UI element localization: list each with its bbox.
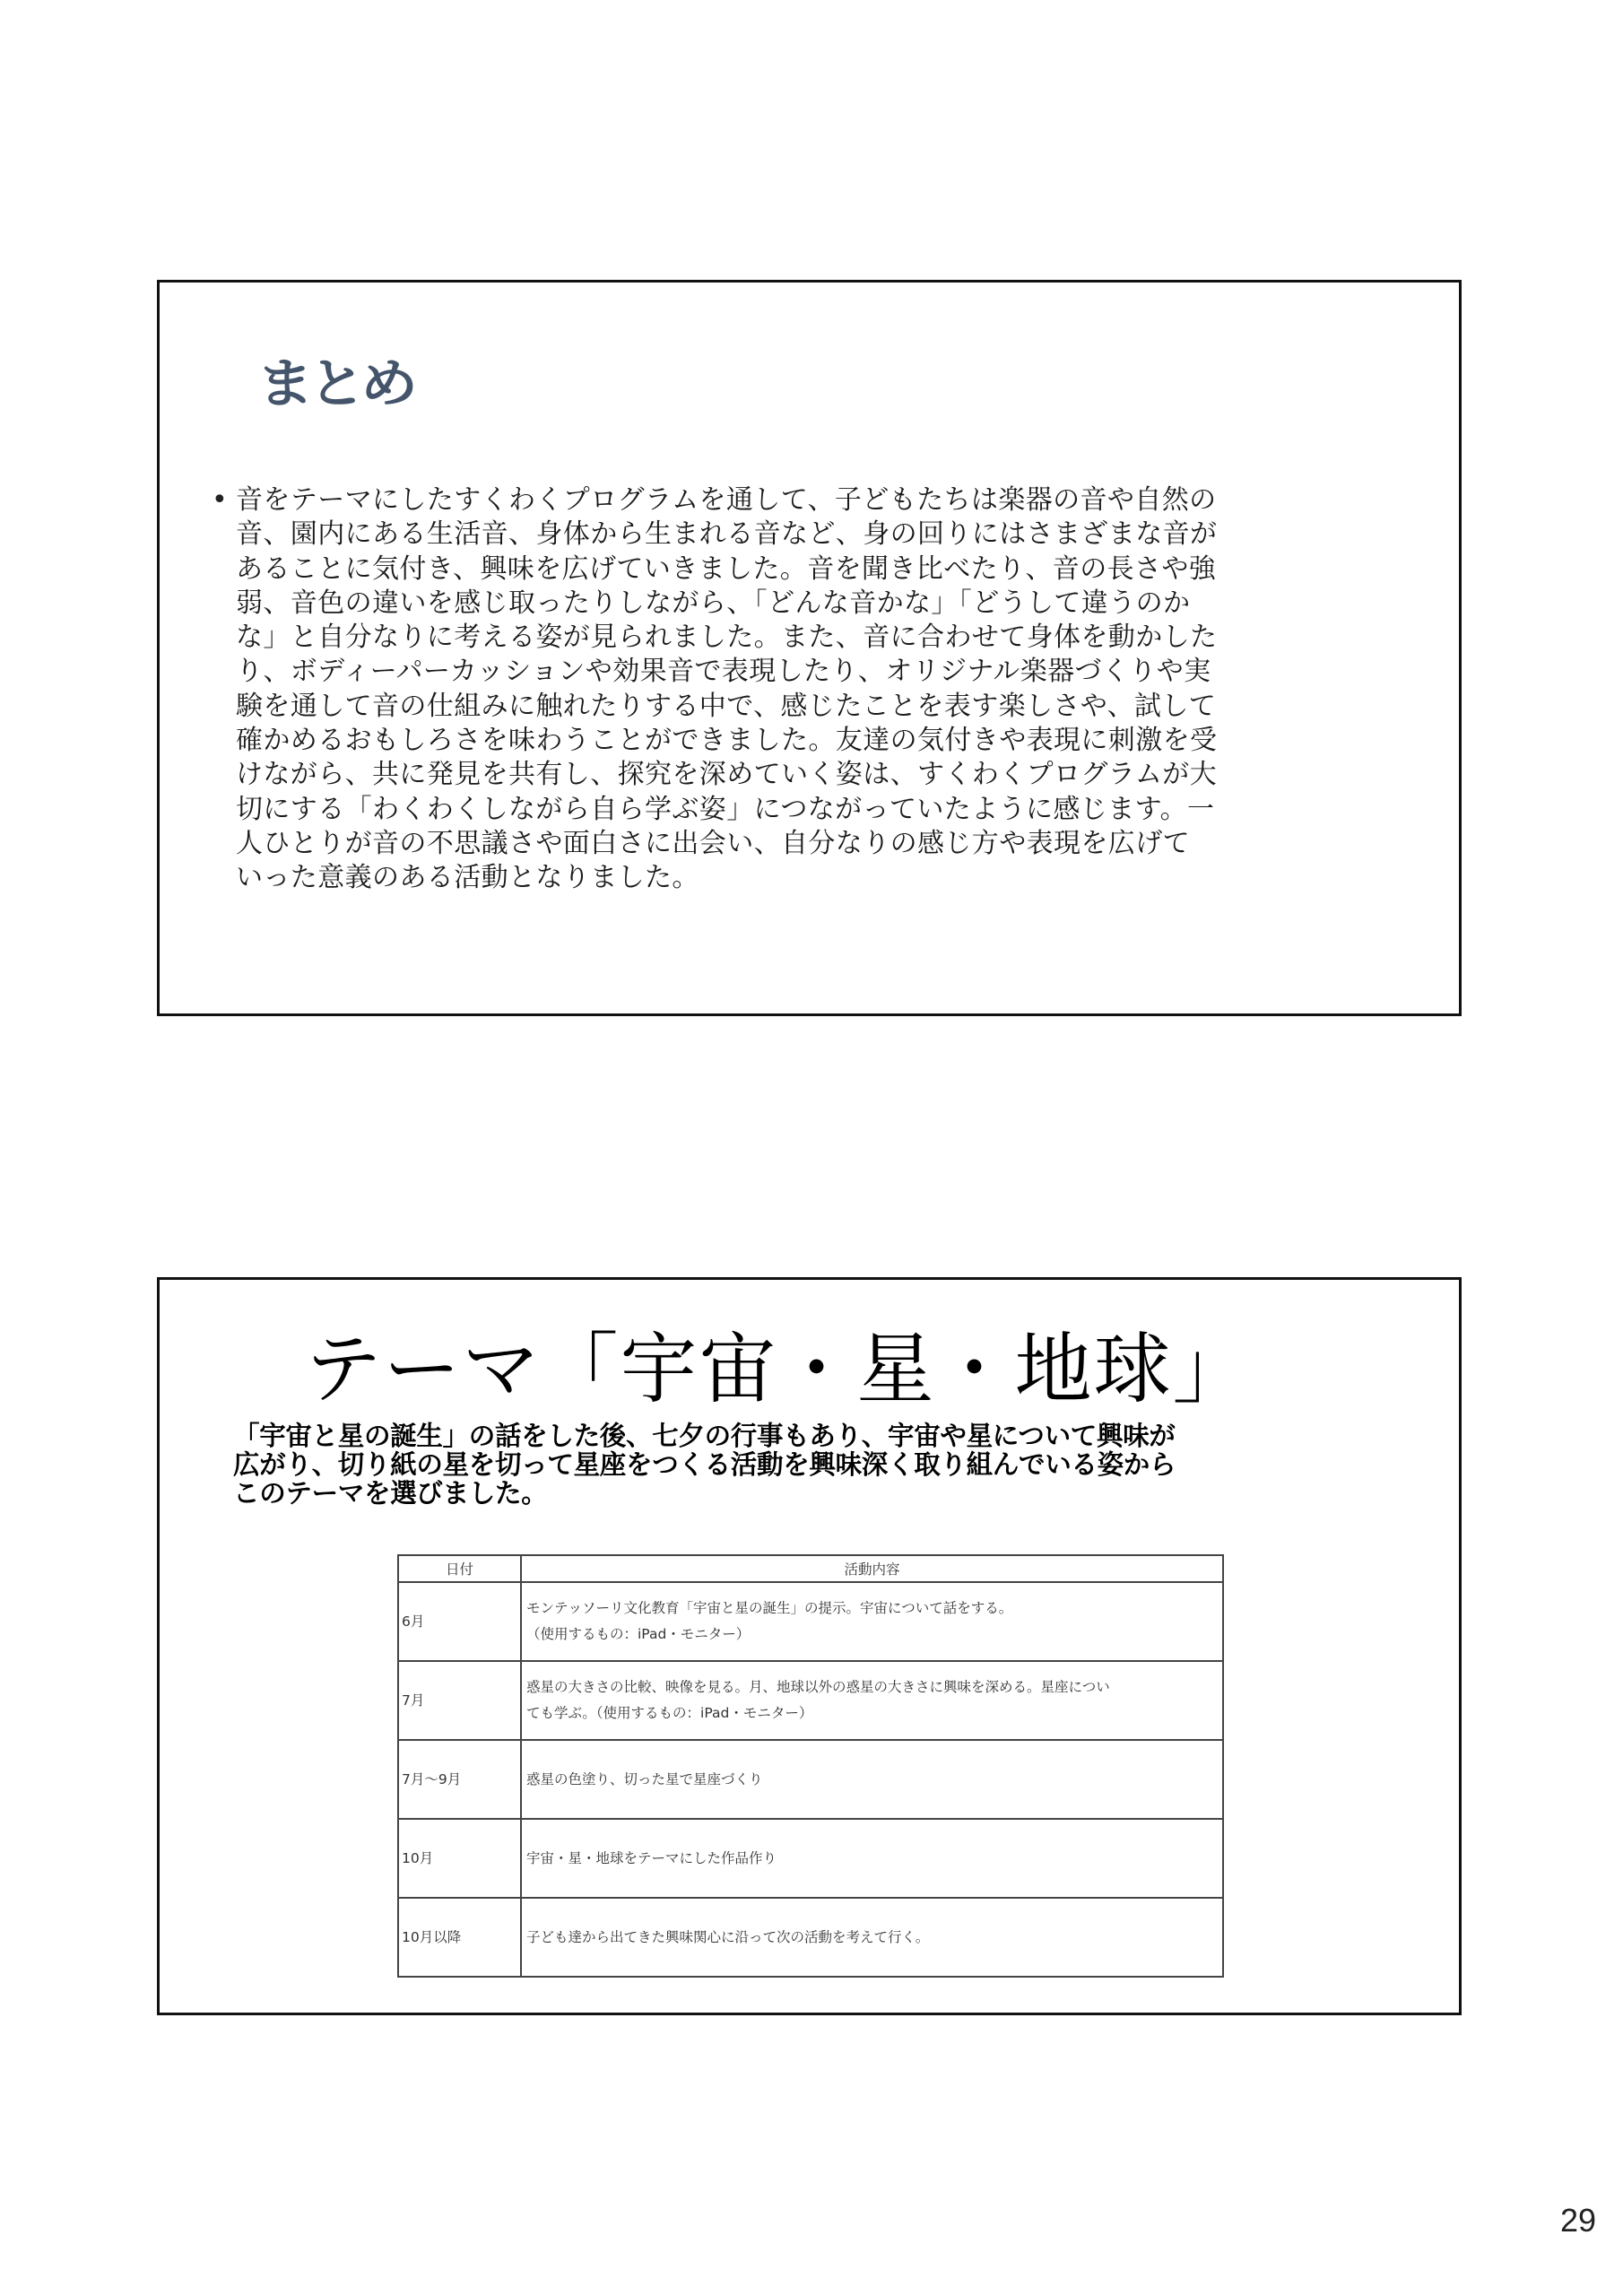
text-line: 広がり、切り紙の星を切って星座をつくる活動を興味深く取り組んでいる姿から bbox=[233, 1450, 1399, 1479]
activity-schedule-table: 日付 活動内容 6月 モンテッソーリ文化教育「宇宙と星の誕生」の提示。宇宙につい… bbox=[397, 1554, 1224, 1978]
text-line: けながら、共に発見を共有し、探究を深めていく姿は、すくわくプログラムが大 bbox=[236, 758, 1404, 792]
text-line: 「宇宙と星の誕生」の話をした後、七夕の行事もあり、宇宙や星について興味が bbox=[233, 1422, 1399, 1450]
text-line: 確かめるおもしろさを味わうことができました。友達の気付きや表現に刺激を受 bbox=[236, 724, 1404, 758]
text-line: 切にする「わくわくしながら自ら学ぶ姿」につながっていたように感じます。一 bbox=[236, 793, 1404, 827]
date-cell: 7月 bbox=[398, 1661, 521, 1740]
date-cell: 10月 bbox=[398, 1819, 521, 1898]
date-cell: 10月以降 bbox=[398, 1898, 521, 1977]
text-line: 音をテーマにしたすくわくプログラムを通して、子どもたちは楽器の音や自然の bbox=[236, 483, 1404, 517]
text-line: り、ボディーパーカッションや効果音で表現したり、オリジナル楽器づくりや実 bbox=[236, 655, 1404, 689]
activity-line: （使用するもの：iPad・モニター） bbox=[526, 1622, 1219, 1648]
bullet-icon: • bbox=[212, 483, 236, 896]
activity-cell: 惑星の大きさの比較、映像を見る。月、地球以外の惑星の大きさに興味を深める。星座に… bbox=[521, 1661, 1223, 1740]
text-line: 人ひとりが音の不思議さや面白さに出会い、自分なりの感じ方や表現を広げて bbox=[236, 827, 1404, 861]
table-row: 10月以降 子ども達から出てきた興味関心に沿って次の活動を考えて行く。 bbox=[398, 1898, 1223, 1977]
activity-cell: 子ども達から出てきた興味関心に沿って次の活動を考えて行く。 bbox=[521, 1898, 1223, 1977]
activity-line: 子ども達から出てきた興味関心に沿って次の活動を考えて行く。 bbox=[526, 1925, 1219, 1951]
text-line: な」と自分なりに考える姿が見られました。また、音に合わせて身体を動かした bbox=[236, 621, 1404, 655]
text-line: いった意義のある活動となりました。 bbox=[236, 861, 1404, 895]
slide-title: テーマ「宇宙・星・地球」 bbox=[160, 1325, 1459, 1414]
table-header-row: 日付 活動内容 bbox=[398, 1555, 1223, 1582]
activity-line: モンテッソーリ文化教育「宇宙と星の誕生」の提示。宇宙について話をする。 bbox=[526, 1596, 1219, 1622]
activity-line: 惑星の大きさの比較、映像を見る。月、地球以外の惑星の大きさに興味を深める。星座に… bbox=[526, 1674, 1219, 1700]
column-header-activity: 活動内容 bbox=[521, 1555, 1223, 1582]
table-row: 7月 惑星の大きさの比較、映像を見る。月、地球以外の惑星の大きさに興味を深める。… bbox=[398, 1661, 1223, 1740]
intro-paragraph: 「宇宙と星の誕生」の話をした後、七夕の行事もあり、宇宙や星について興味が 広がり… bbox=[233, 1422, 1399, 1508]
paragraph-text: 音をテーマにしたすくわくプログラムを通して、子どもたちは楽器の音や自然の 音、園… bbox=[236, 483, 1404, 896]
text-line: あることに気付き、興味を広げていきました。音を聞き比べたり、音の長さや強 bbox=[236, 552, 1404, 587]
table-row: 7月～9月 惑星の色塗り、切った星で星座づくり bbox=[398, 1740, 1223, 1819]
date-cell: 7月～9月 bbox=[398, 1740, 521, 1819]
activity-cell: 惑星の色塗り、切った星で星座づくり bbox=[521, 1740, 1223, 1819]
text-line: 験を通して音の仕組みに触れたりする中で、感じたことを表す楽しさや、試して bbox=[236, 690, 1404, 724]
slide-title: まとめ bbox=[256, 358, 412, 411]
date-cell: 6月 bbox=[398, 1582, 521, 1661]
text-line: このテーマを選びました。 bbox=[233, 1479, 1399, 1508]
activity-cell: 宇宙・星・地球をテーマにした作品作り bbox=[521, 1819, 1223, 1898]
page-number: 29 bbox=[1560, 2203, 1596, 2239]
bullet-paragraph: • 音をテーマにしたすくわくプログラムを通して、子どもたちは楽器の音や自然の 音… bbox=[212, 483, 1404, 896]
column-header-date: 日付 bbox=[398, 1555, 521, 1582]
text-line: 弱、音色の違いを感じ取ったりしながら、「どんな音かな」「どうして違うのか bbox=[236, 587, 1404, 621]
text-line: 音、園内にある生活音、身体から生まれる音など、身の回りにはさまざまな音が bbox=[236, 517, 1404, 552]
activity-line: ても学ぶ。（使用するもの：iPad・モニター） bbox=[526, 1700, 1219, 1726]
activity-cell: モンテッソーリ文化教育「宇宙と星の誕生」の提示。宇宙について話をする。 （使用す… bbox=[521, 1582, 1223, 1661]
table-row: 6月 モンテッソーリ文化教育「宇宙と星の誕生」の提示。宇宙について話をする。 （… bbox=[398, 1582, 1223, 1661]
activity-line: 宇宙・星・地球をテーマにした作品作り bbox=[526, 1846, 1219, 1872]
slide-summary: まとめ • 音をテーマにしたすくわくプログラムを通して、子どもたちは楽器の音や自… bbox=[157, 280, 1462, 1016]
table-row: 10月 宇宙・星・地球をテーマにした作品作り bbox=[398, 1819, 1223, 1898]
activity-line: 惑星の色塗り、切った星で星座づくり bbox=[526, 1767, 1219, 1793]
slide-theme: テーマ「宇宙・星・地球」 「宇宙と星の誕生」の話をした後、七夕の行事もあり、宇宙… bbox=[157, 1277, 1462, 2015]
